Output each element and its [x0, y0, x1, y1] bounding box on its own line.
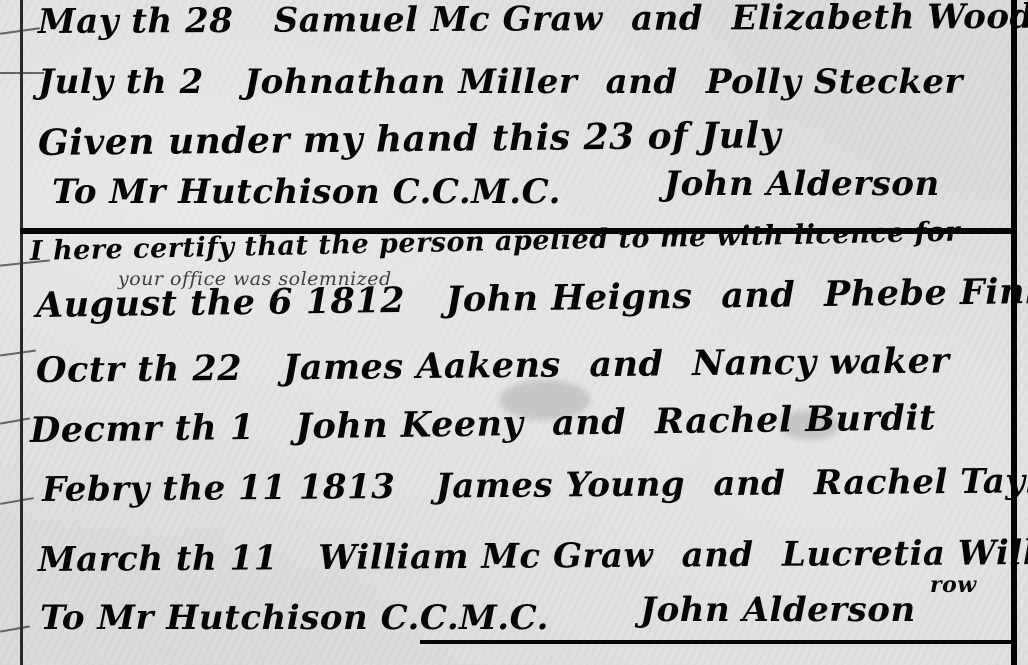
addressee: To Mr Hutchison C.C.M.C. — [52, 172, 561, 212]
margin-tick — [0, 417, 30, 424]
entry-date: May th 28 — [38, 1, 234, 42]
entry-groom: James Young — [436, 464, 686, 506]
signature: John Alderson — [664, 164, 940, 204]
signature: John Alderson — [640, 590, 916, 630]
addressee-line: To Mr Hutchison C.C.M.C. John Alderson — [40, 598, 549, 638]
margin-tick — [0, 497, 34, 505]
register-entry: Octr th 22 James Aakens and Nancy waker — [36, 340, 950, 391]
register-entry: Febry the 11 1813 James Young and Rachel… — [42, 461, 1028, 510]
entry-bride: Rachel Burdit — [655, 397, 937, 442]
entry-bride: Elizabeth Wood — [731, 0, 1028, 38]
entry-groom: John Heigns — [445, 276, 692, 320]
entry-conjunction: and — [631, 0, 703, 39]
entry-groom: James Aakens — [283, 345, 561, 389]
entry-conjunction: and — [721, 274, 796, 316]
register-entry: July th 2 Johnathan Miller and Polly Ste… — [38, 62, 963, 102]
entry-conjunction: and — [606, 62, 678, 102]
certification-statement: I here certify that the person apelied t… — [30, 217, 961, 267]
register-page: May th 28 Samuel Mc Graw and Elizabeth W… — [0, 0, 1028, 665]
entry-groom: William Mc Graw — [318, 536, 653, 578]
left-margin-line — [20, 0, 23, 665]
entry-bride: Rachel Tayler — [814, 461, 1028, 503]
bride-surname-addendum: row — [930, 572, 977, 598]
margin-tick — [0, 625, 30, 632]
entry-conjunction: and — [589, 343, 664, 385]
entry-date: July th 2 — [38, 62, 204, 102]
entry-date: Octr th 22 — [36, 348, 243, 391]
entry-bride: Phebe Fink — [824, 271, 1028, 315]
margin-tick — [0, 350, 36, 357]
entry-date: August the 6 1812 — [36, 280, 406, 326]
entry-bride: Nancy waker — [692, 340, 950, 384]
entry-conjunction: and — [713, 464, 785, 505]
entry-groom: Samuel Mc Graw — [274, 0, 603, 41]
entry-conjunction: and — [552, 402, 627, 444]
signature-underline — [420, 640, 1011, 644]
closing-statement: Given under my hand this 23 of July — [38, 114, 781, 164]
entry-bride: Polly Stecker — [706, 62, 963, 102]
entry-groom: Johnathan Miller — [244, 62, 577, 102]
register-entry: March th 11 William Mc Graw and Lucretia… — [38, 533, 1028, 580]
entry-date: March th 11 — [38, 538, 278, 580]
register-entry: Decmr th 1 John Keeny and Rachel Burdit — [30, 397, 936, 451]
entry-bride: Lucretia Wilk — [782, 533, 1028, 575]
entry-conjunction: and — [681, 535, 753, 576]
entry-groom: John Keeny — [295, 403, 524, 447]
entry-date: Febry the 11 1813 — [42, 467, 396, 510]
entry-date: Decmr th 1 — [30, 407, 255, 451]
addressee-line: To Mr Hutchison C.C.M.C. John Alderson — [52, 172, 561, 212]
addressee: To Mr Hutchison C.C.M.C. — [40, 598, 549, 638]
register-entry: May th 28 Samuel Mc Graw and Elizabeth W… — [38, 0, 1028, 42]
